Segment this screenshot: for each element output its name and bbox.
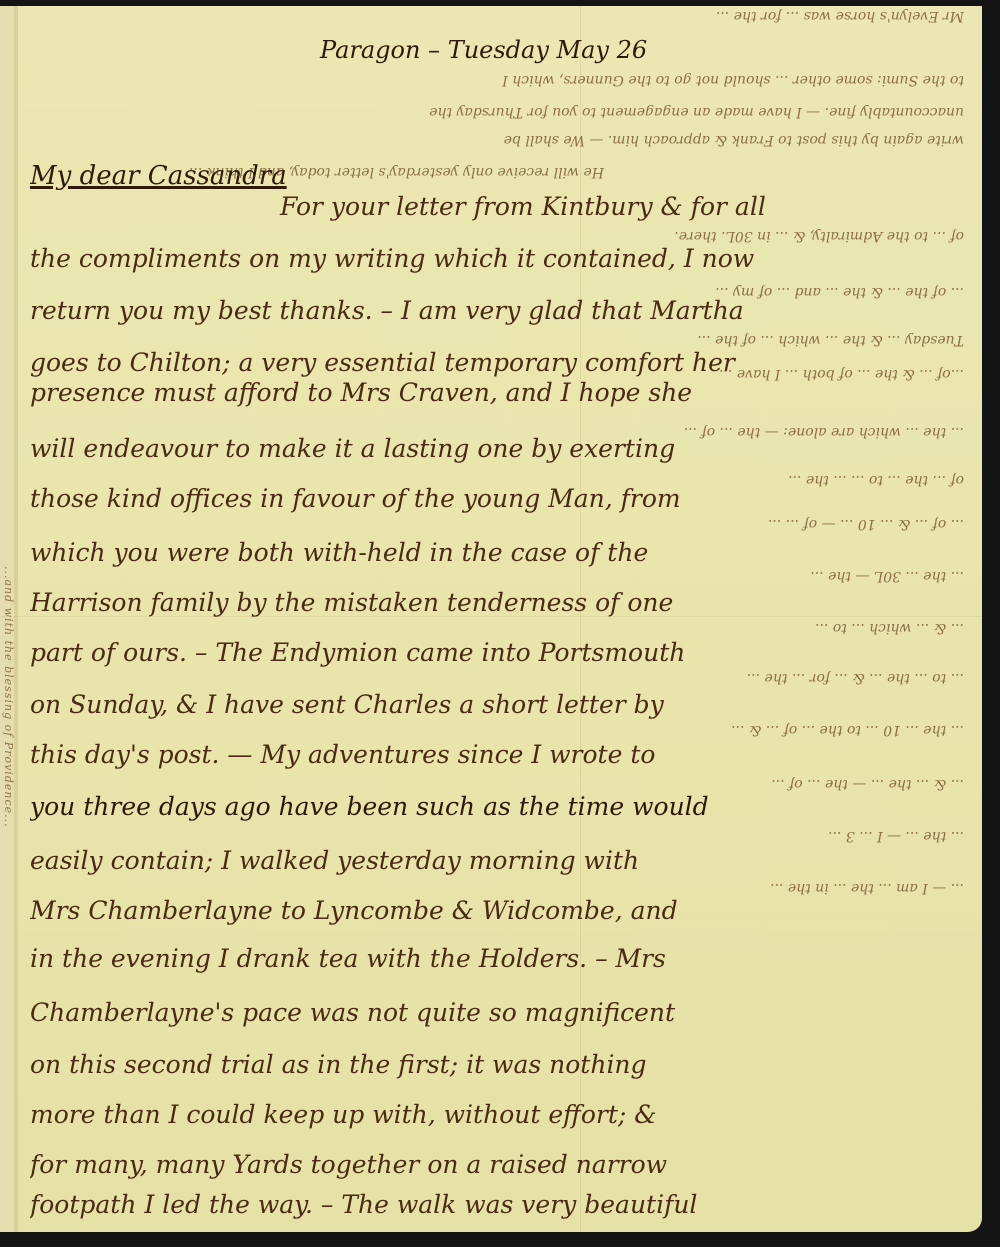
cross-line: ... the ... 10 ... to the ... of ... & .… [30,722,964,738]
main-line: footpath I led the way. – The walk was v… [30,1190,964,1219]
main-line: part of ours. – The Endymion came into P… [30,638,964,667]
main-line: will endeavour to make it a lasting one … [30,434,964,463]
main-line: Chamberlayne's pace was not quite so mag… [30,998,964,1027]
cross-line: ... & ... the ... — the ... of ... [30,776,964,792]
cross-line: Mr Evelyn's horse was ... for the ... [30,8,964,24]
salutation: My dear Cassandra [30,161,964,191]
main-line: easily contain; I walked yesterday morni… [30,846,964,875]
main-line: you three days ago have been such as the… [30,792,964,821]
main-line: those kind offices in favour of the youn… [30,484,964,513]
letter-sheet: ...and with the blessing of Providence..… [0,6,982,1232]
cross-line: ... of ... & ... 10 ... — of ... ... [30,516,964,532]
cross-line: ... to ... the ... & ... for ... the ... [30,670,964,686]
main-line: on this second trial as in the first; it… [30,1050,964,1079]
main-line: which you were both with-held in the cas… [30,538,964,567]
cross-line: unaccountably fine. — I have made an eng… [30,104,964,120]
main-line: For your letter from Kintbury & for all [30,192,964,221]
letter-heading: Paragon – Tuesday May 26 [30,36,964,64]
margin-note: ...and with the blessing of Providence..… [2,566,15,828]
main-line: Harrison family by the mistaken tenderne… [30,588,964,617]
main-line: for many, many Yards together on a raise… [30,1150,964,1179]
cross-line: ... — I am ... the ... in the ... [30,880,964,896]
cross-line: ... & ... which ... to ... [30,620,964,636]
cross-line: of ... to the Admiralty, & ... in 30L. t… [30,228,964,244]
cross-line: ... the ... 30L — the ... [30,568,964,584]
main-line: on Sunday, & I have sent Charles a short… [30,690,964,719]
main-line: more than I could keep up with, without … [30,1100,964,1129]
main-line: this day's post. — My adventures since I… [30,740,964,769]
cross-line: to the Sumi: some other ... should not g… [30,72,964,88]
main-line: the compliments on my writing which it c… [30,244,964,273]
main-line: presence must afford to Mrs Craven, and … [30,378,964,407]
main-line: return you my best thanks. – I am very g… [30,296,964,325]
main-line: in the evening I drank tea with the Hold… [30,944,964,973]
cross-line: Tuesday ... & the ... which ... of the .… [30,332,964,348]
main-line: Mrs Chamberlayne to Lyncombe & Widcombe,… [30,896,964,925]
cross-line: ... the ... — I ... 3 ... [30,828,964,844]
cross-line: write again by this post to Frank & appr… [30,132,964,148]
